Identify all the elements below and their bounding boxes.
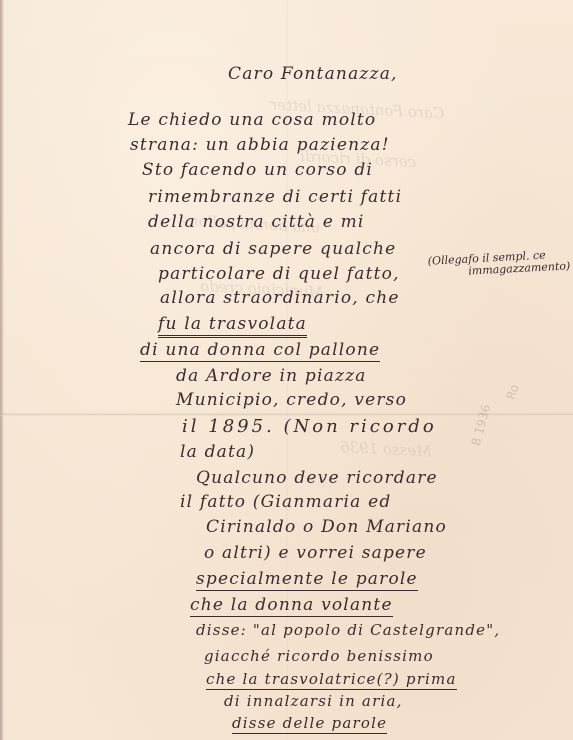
letter-page: Caro Fontanazza letter corso di ricordi …	[0, 0, 573, 740]
letter-line: ancora di sapere qualche	[150, 241, 396, 258]
paper-left-edge	[0, 0, 4, 740]
marginal-note: (Ollegafo il sempl. ce immagazzamento)	[427, 248, 570, 280]
bleed-through-text: Messo 1936	[340, 438, 432, 461]
letter-line-trasvolata: fu la trasvolata	[158, 316, 307, 333]
letter-line: disse: "al popolo di Castelgrande",	[196, 623, 500, 638]
letter-line-year: il 1895. (Non ricordo	[182, 418, 437, 436]
letter-line: allora straordinario, che	[160, 290, 400, 307]
letter-line: strana: un abbia pazienza!	[130, 137, 390, 154]
letter-line-trasvolatrice: che la trasvolatrice(?) prima	[206, 672, 457, 687]
pencil-annotation: Ro	[503, 382, 521, 401]
letter-line: la data)	[180, 444, 255, 461]
letter-line: il fatto (Gianmaria ed	[180, 494, 391, 511]
letter-line: Le chiedo una cosa molto	[128, 112, 376, 129]
letter-line: o altri) e vorrei sapere	[204, 545, 427, 562]
underlined-text: di una donna col pallone	[140, 340, 380, 362]
letter-line: della nostra città e mi	[148, 214, 365, 231]
letter-line: Sto facendo un corso di	[142, 162, 373, 179]
letter-line: particolare di quel fatto,	[158, 266, 400, 283]
letter-line: di innalzarsi in aria,	[224, 694, 403, 709]
underlined-text: disse delle parole	[232, 714, 387, 734]
letter-line: rimembranze di certi fatti	[148, 189, 402, 206]
letter-line: giacché ricordo benissimo	[204, 649, 434, 664]
letter-line-donna-volante: che la donna volante	[190, 597, 393, 614]
underlined-text: che la trasvolatrice(?) prima	[206, 670, 457, 690]
salutation: Caro Fontanazza,	[228, 66, 398, 83]
letter-line: Cirinaldo o Don Mariano	[206, 519, 447, 536]
letter-line-parole-final: disse delle parole	[232, 716, 387, 731]
letter-line: Qualcuno deve ricordare	[196, 470, 438, 487]
pencil-annotation: 8 1936	[469, 403, 493, 447]
underlined-word: fu la trasvolata	[158, 314, 307, 338]
letter-line: Municipio, credo, verso	[176, 392, 407, 409]
letter-line-donna-pallone: di una donna col pallone	[140, 342, 380, 359]
underlined-text: specialmente le parole	[196, 569, 418, 591]
letter-line: da Ardore in piazza	[176, 368, 367, 385]
underlined-text: che la donna volante	[190, 595, 393, 617]
letter-line-parole: specialmente le parole	[196, 571, 418, 588]
